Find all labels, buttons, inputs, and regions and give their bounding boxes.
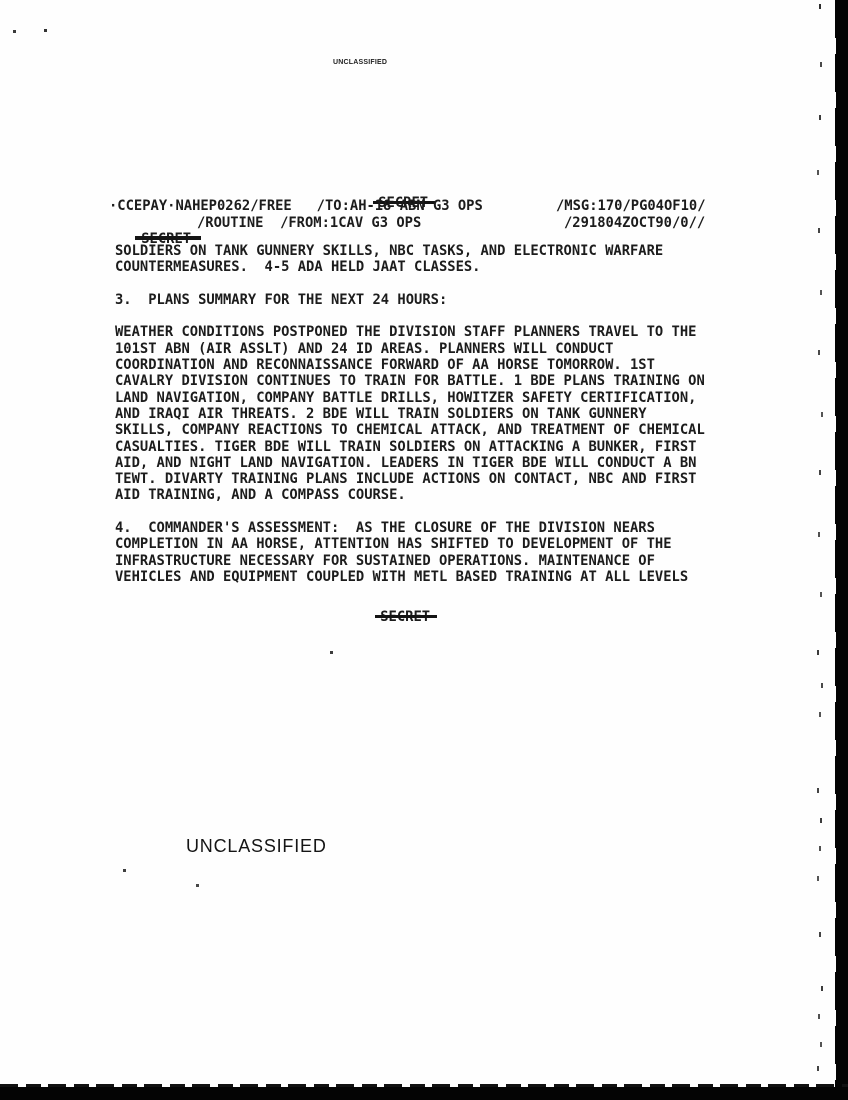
bottom-classification-label: UNCLASSIFIED [186,836,327,857]
scanned-document-page: UNCLASSIFIED SECRET ·CCEPAY·NAHEP0262/FR… [0,0,848,1100]
header-routing-line: /ROUTINE /FROM:1CAV G3 OPS [197,215,421,231]
header-date-time-group: /291804ZOCT90/0// [564,215,705,231]
scan-edge-bar-bottom [0,1087,848,1100]
scan-noise-specks [13,30,16,33]
secret-stamp-bottom-text: SECRET [380,609,430,625]
message-body: SOLDIERS ON TANK GUNNERY SKILLS, NBC TAS… [115,243,705,585]
scan-noise-right-margin [819,4,821,9]
header-originator-line: ·CCEPAY·NAHEP0262/FREE /TO:AH-18 ABN G3 … [109,198,483,214]
secret-stamp-bottom: SECRET [347,593,430,642]
header-msg-page-ref: /MSG:170/PG04OF10/ [556,198,706,214]
scan-edge-bar-right [836,0,848,1100]
top-classification-label: UNCLASSIFIED [333,59,387,66]
